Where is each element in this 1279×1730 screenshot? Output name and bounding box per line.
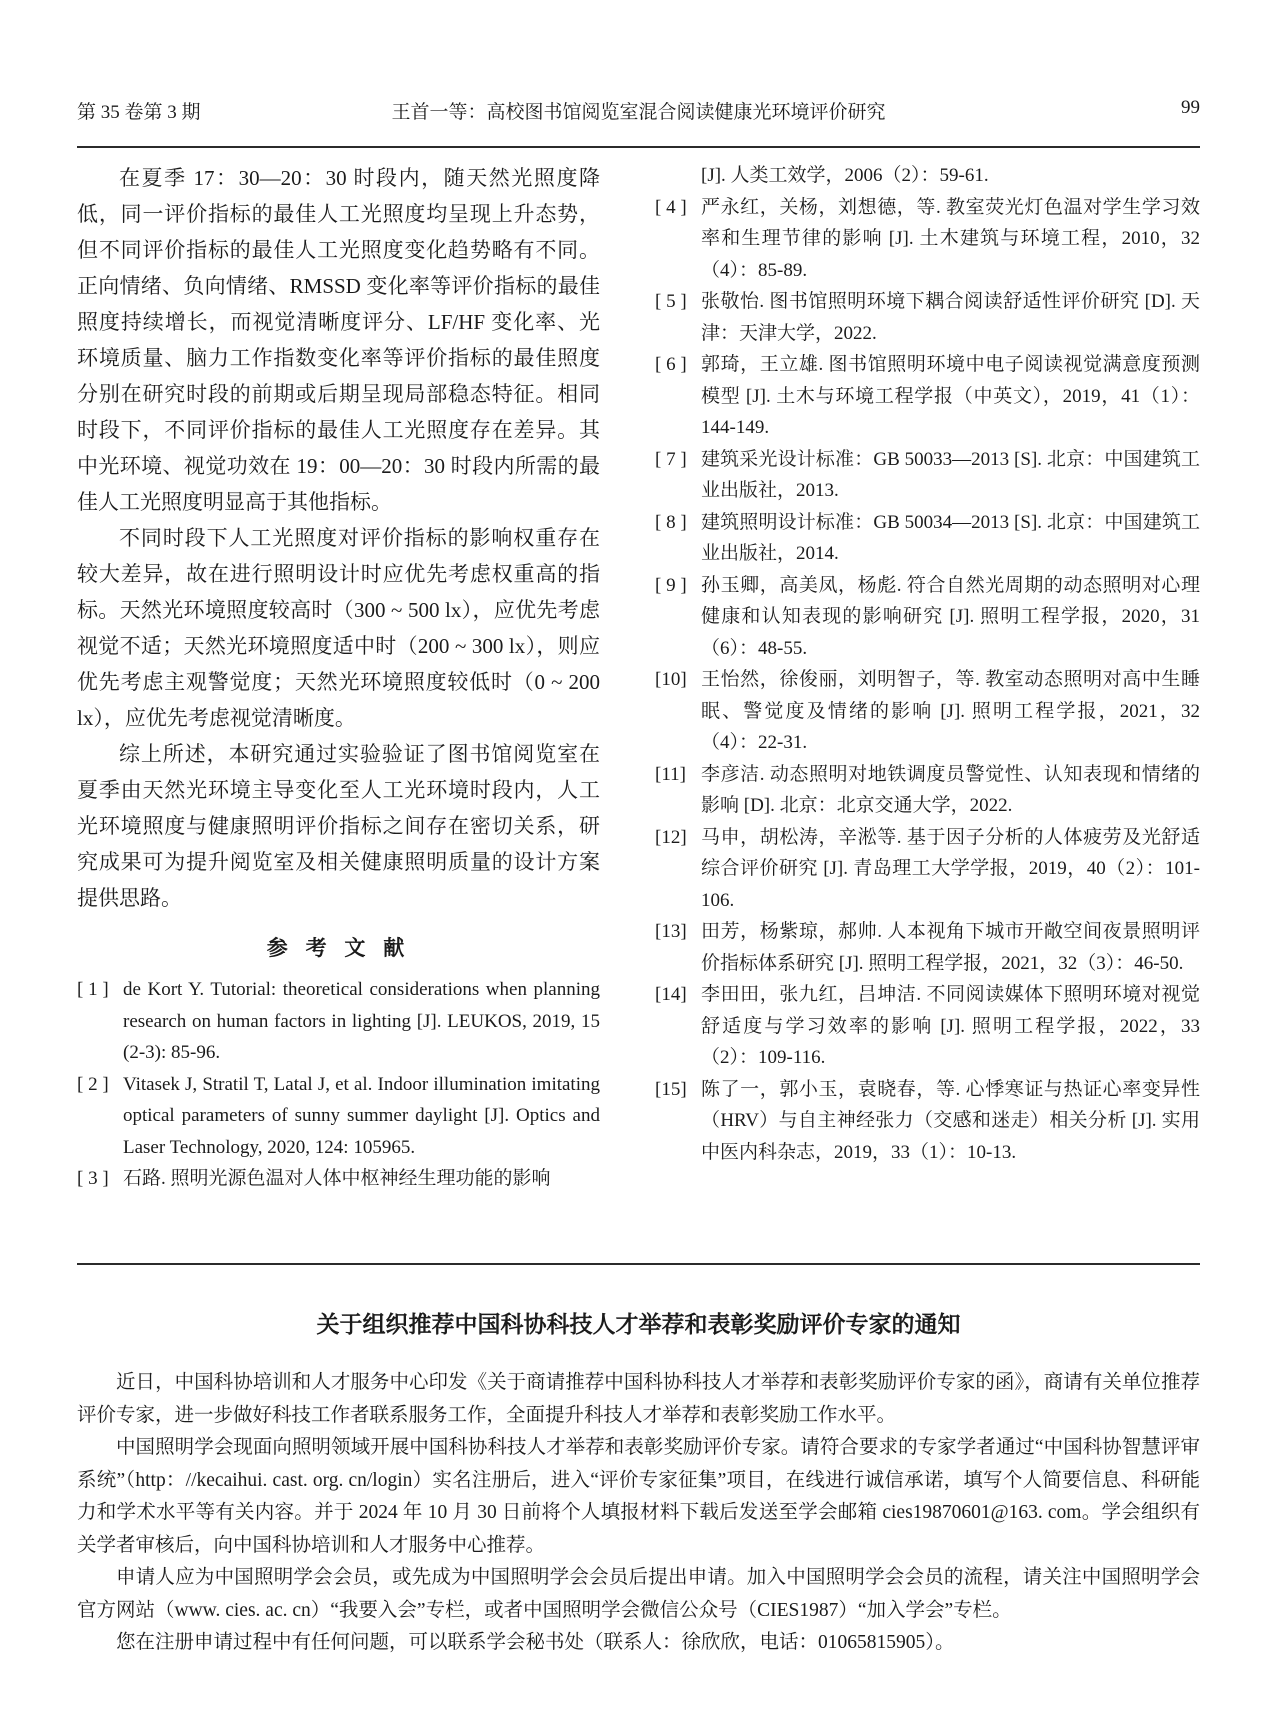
journal-page: 第 35 卷第 3 期 王首一等：高校图书馆阅览室混合阅读健康光环境评价研究 9… bbox=[0, 0, 1279, 1730]
notice-section: 关于组织推荐中国科协科技人才举荐和表彰奖励评价专家的通知 近日，中国科协培训和人… bbox=[77, 1306, 1200, 1660]
notice-paragraph: 申请人应为中国照明学会会员，或先成为中国照明学会会员后提出申请。加入中国照明学会… bbox=[77, 1562, 1200, 1627]
right-column: [J]. 人类工效学，2006（2）：59-61. [ 4 ] 严永红，关杨，刘… bbox=[655, 160, 1200, 1195]
reference-item: [ 8 ] 建筑照明设计标准：GB 50034—2013 [S]. 北京：中国建… bbox=[655, 507, 1200, 570]
reference-label: [11] bbox=[655, 759, 686, 791]
reference-text: 王怡然，徐俊丽，刘明智子，等. 教室动态照明对高中生睡眠、警觉度及情绪的影响 [… bbox=[701, 669, 1200, 753]
page-number: 99 bbox=[1181, 97, 1200, 119]
reference-text: 李彦洁. 动态照明对地铁调度员警觉性、认知表现和情绪的影响 [D]. 北京：北京… bbox=[701, 764, 1200, 817]
reference-label: [15] bbox=[655, 1074, 687, 1106]
reference-label: [ 4 ] bbox=[655, 192, 687, 224]
reference-text: 严永红，关杨，刘想德，等. 教室荧光灯色温对学生学习效率和生理节律的影响 [J]… bbox=[701, 197, 1200, 281]
reference-label: [ 9 ] bbox=[655, 570, 687, 602]
reference-text: 孙玉卿，高美凤，杨彪. 符合自然光周期的动态照明对心理健康和认知表现的影响研究 … bbox=[701, 575, 1200, 659]
notice-paragraph: 中国照明学会现面向照明领域开展中国科协科技人才举荐和表彰奖励评价专家。请符合要求… bbox=[77, 1432, 1200, 1562]
reference-label: [10] bbox=[655, 664, 687, 696]
reference-item: [14] 李田田，张九红，吕坤洁. 不同阅读媒体下照明环境对视觉舒适度与学习效率… bbox=[655, 979, 1200, 1074]
references-list-left: [ 1 ] de Kort Y. Tutorial: theoretical c… bbox=[77, 974, 600, 1195]
reference-text: 石路. 照明光源色温对人体中枢神经生理功能的影响 bbox=[123, 1168, 551, 1189]
reference-item: [ 9 ] 孙玉卿，高美凤，杨彪. 符合自然光周期的动态照明对心理健康和认知表现… bbox=[655, 570, 1200, 665]
reference-text: 郭琦，王立雄. 图书馆照明环境中电子阅读视觉满意度预测模型 [J]. 土木与环境… bbox=[701, 354, 1200, 438]
reference-label: [ 3 ] bbox=[77, 1163, 109, 1195]
reference-label: [ 7 ] bbox=[655, 444, 687, 476]
article-body: 在夏季 17：30—20：30 时段内，随天然光照度降低，同一评价指标的最佳人工… bbox=[77, 160, 1200, 1195]
notice-paragraph: 近日，中国科协培训和人才服务中心印发《关于商请推荐中国科协科技人才举荐和表彰奖励… bbox=[77, 1367, 1200, 1432]
reference-item: [J]. 人类工效学，2006（2）：59-61. bbox=[655, 160, 1200, 192]
reference-label: [12] bbox=[655, 822, 687, 854]
reference-text: de Kort Y. Tutorial: theoretical conside… bbox=[123, 979, 600, 1063]
reference-item: [ 2 ] Vitasek J, Stratil T, Latal J, et … bbox=[77, 1069, 600, 1164]
reference-label: [ 8 ] bbox=[655, 507, 687, 539]
reference-item: [12] 马申，胡松涛，辛淞等. 基于因子分析的人体疲劳及光舒适综合评价研究 [… bbox=[655, 822, 1200, 917]
reference-item: [11] 李彦洁. 动态照明对地铁调度员警觉性、认知表现和情绪的影响 [D]. … bbox=[655, 759, 1200, 822]
reference-text: [J]. 人类工效学，2006（2）：59-61. bbox=[701, 165, 989, 186]
reference-text: 陈了一，郭小玉，袁晓春，等. 心悸寒证与热证心率变异性（HRV）与自主神经张力（… bbox=[701, 1079, 1200, 1163]
reference-item: [ 1 ] de Kort Y. Tutorial: theoretical c… bbox=[77, 974, 600, 1069]
reference-label: [ 6 ] bbox=[655, 349, 687, 381]
reference-item: [ 6 ] 郭琦，王立雄. 图书馆照明环境中电子阅读视觉满意度预测模型 [J].… bbox=[655, 349, 1200, 444]
left-column: 在夏季 17：30—20：30 时段内，随天然光照度降低，同一评价指标的最佳人工… bbox=[77, 160, 600, 1195]
article-paragraph: 不同时段下人工光照度对评价指标的影响权重存在较大差异，故在进行照明设计时应优先考… bbox=[77, 520, 600, 736]
volume-issue: 第 35 卷第 3 期 bbox=[77, 97, 201, 124]
reference-label: [ 5 ] bbox=[655, 286, 687, 318]
reference-text: 李田田，张九红，吕坤洁. 不同阅读媒体下照明环境对视觉舒适度与学习效率的影响 [… bbox=[701, 984, 1200, 1068]
section-divider bbox=[77, 1263, 1200, 1265]
reference-item: [10] 王怡然，徐俊丽，刘明智子，等. 教室动态照明对高中生睡眠、警觉度及情绪… bbox=[655, 664, 1200, 759]
reference-item: [ 4 ] 严永红，关杨，刘想德，等. 教室荧光灯色温对学生学习效率和生理节律的… bbox=[655, 192, 1200, 287]
running-title: 王首一等：高校图书馆阅览室混合阅读健康光环境评价研究 bbox=[391, 97, 885, 124]
reference-item: [ 5 ] 张敬怡. 图书馆照明环境下耦合阅读舒适性评价研究 [D]. 天津：天… bbox=[655, 286, 1200, 349]
notice-paragraphs: 近日，中国科协培训和人才服务中心印发《关于商请推荐中国科协科技人才举荐和表彰奖励… bbox=[77, 1367, 1200, 1660]
references-heading: 参 考 文 献 bbox=[77, 932, 600, 962]
reference-label: [ 1 ] bbox=[77, 974, 109, 1006]
reference-label: [14] bbox=[655, 979, 687, 1011]
reference-item: [ 3 ] 石路. 照明光源色温对人体中枢神经生理功能的影响 bbox=[77, 1163, 600, 1195]
reference-text: 田芳，杨紫琼，郝帅. 人本视角下城市开敞空间夜景照明评价指标体系研究 [J]. … bbox=[701, 921, 1200, 974]
article-paragraphs: 在夏季 17：30—20：30 时段内，随天然光照度降低，同一评价指标的最佳人工… bbox=[77, 160, 600, 916]
reference-text: 张敬怡. 图书馆照明环境下耦合阅读舒适性评价研究 [D]. 天津：天津大学，20… bbox=[701, 291, 1200, 344]
reference-item: [13] 田芳，杨紫琼，郝帅. 人本视角下城市开敞空间夜景照明评价指标体系研究 … bbox=[655, 916, 1200, 979]
references-list-right: [J]. 人类工效学，2006（2）：59-61. [ 4 ] 严永红，关杨，刘… bbox=[655, 160, 1200, 1168]
reference-text: 建筑照明设计标准：GB 50034—2013 [S]. 北京：中国建筑工业出版社… bbox=[701, 512, 1200, 565]
reference-item: [15] 陈了一，郭小玉，袁晓春，等. 心悸寒证与热证心率变异性（HRV）与自主… bbox=[655, 1074, 1200, 1169]
reference-label: [ 2 ] bbox=[77, 1069, 109, 1101]
reference-text: 马申，胡松涛，辛淞等. 基于因子分析的人体疲劳及光舒适综合评价研究 [J]. 青… bbox=[701, 827, 1200, 911]
header-divider bbox=[77, 146, 1200, 148]
article-paragraph: 在夏季 17：30—20：30 时段内，随天然光照度降低，同一评价指标的最佳人工… bbox=[77, 160, 600, 520]
reference-text: 建筑采光设计标准：GB 50033—2013 [S]. 北京：中国建筑工业出版社… bbox=[701, 449, 1200, 502]
reference-label: [13] bbox=[655, 916, 687, 948]
page-header: 第 35 卷第 3 期 王首一等：高校图书馆阅览室混合阅读健康光环境评价研究 9… bbox=[77, 97, 1200, 123]
article-paragraph: 综上所述，本研究通过实验验证了图书馆阅览室在夏季由天然光环境主导变化至人工光环境… bbox=[77, 736, 600, 916]
notice-paragraph: 您在注册申请过程中有任何问题，可以联系学会秘书处（联系人：徐欣欣，电话：0106… bbox=[77, 1627, 1200, 1660]
reference-text: Vitasek J, Stratil T, Latal J, et al. In… bbox=[123, 1074, 600, 1158]
reference-item: [ 7 ] 建筑采光设计标准：GB 50033—2013 [S]. 北京：中国建… bbox=[655, 444, 1200, 507]
notice-title: 关于组织推荐中国科协科技人才举荐和表彰奖励评价专家的通知 bbox=[77, 1306, 1200, 1339]
